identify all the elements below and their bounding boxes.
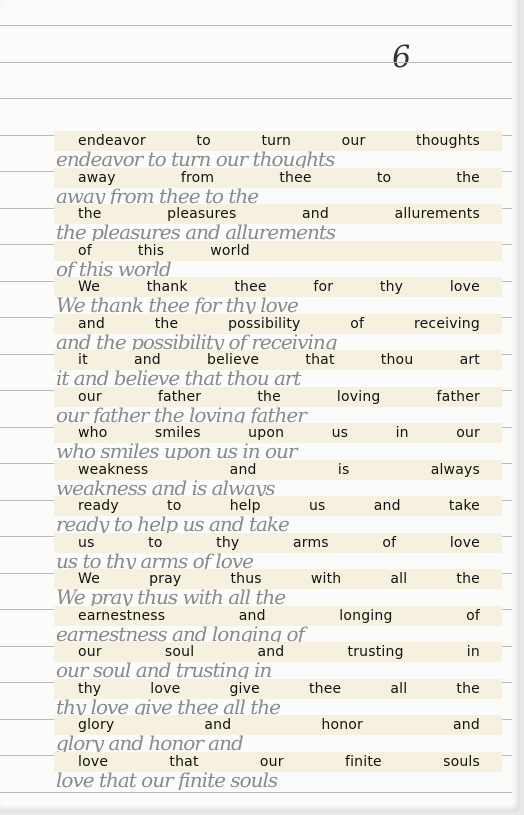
transcribed-word: the	[78, 206, 102, 222]
handwritten-line: love that our finite souls	[56, 770, 496, 790]
transcribed-word: world	[210, 243, 250, 259]
transcribed-word: soul	[165, 644, 194, 660]
transcribed-word: and	[302, 206, 329, 222]
transcribed-word: honor	[321, 717, 363, 733]
transcribed-word: away	[78, 170, 116, 186]
transcribed-word: thee	[279, 170, 311, 186]
transcription-line: itandbelievethatthouartit and believe th…	[54, 350, 502, 387]
transcribed-word: our	[78, 644, 102, 660]
transcribed-word: us	[309, 498, 326, 514]
transcription-line: WepraythuswithalltheWe pray thus with al…	[54, 569, 502, 606]
transcribed-word: and	[453, 717, 480, 733]
transcription-line: thepleasuresandallurementsthe pleasures …	[54, 204, 502, 241]
transcribed-word: all	[390, 681, 407, 697]
transcribed-word: thee	[309, 681, 341, 697]
typed-transcription-band: gloryandhonorand	[54, 715, 502, 735]
typed-transcription-band: weaknessandisalways	[54, 460, 502, 480]
transcribed-word: turn	[261, 133, 291, 149]
transcribed-word: us	[78, 535, 95, 551]
transcribed-word: thy	[216, 535, 239, 551]
transcribed-word: weakness	[78, 462, 148, 478]
transcribed-word: of	[466, 608, 480, 624]
transcribed-word: receiving	[414, 316, 480, 332]
transcribed-word: love	[450, 279, 480, 295]
transcribed-word: help	[230, 498, 261, 514]
transcribed-word: the	[155, 316, 179, 332]
transcription-line: oursoulandtrustinginour soul and trustin…	[54, 642, 502, 679]
transcribed-word: allurements	[395, 206, 480, 222]
manuscript-page: 6 endeavortoturnourthoughtsendeavor to t…	[0, 0, 520, 812]
transcribed-word: our	[78, 389, 102, 405]
typed-transcription-band: ustothyarmsoflove	[54, 533, 502, 553]
transcribed-word: who	[78, 425, 108, 441]
transcription-line: WethanktheeforthyloveWe thank thee for t…	[54, 277, 502, 314]
transcribed-word: give	[229, 681, 259, 697]
transcribed-word: always	[431, 462, 480, 478]
transcribed-word: the	[456, 681, 480, 697]
typed-transcription-band: readytohelpusandtake	[54, 496, 502, 516]
ruled-line	[0, 792, 512, 793]
handwritten-line: away from thee to the	[56, 186, 496, 206]
transcribed-word: the	[456, 571, 480, 587]
handwritten-line: our father the loving father	[56, 405, 496, 425]
typed-transcription-band: itandbelievethatthouart	[54, 350, 502, 370]
transcribed-word: possibility	[228, 316, 300, 332]
transcribed-word: souls	[443, 754, 480, 770]
transcribed-word: love	[450, 535, 480, 551]
transcription-line: ourfatherthelovingfatherour father the l…	[54, 387, 502, 424]
transcribed-word: to	[148, 535, 162, 551]
transcribed-word: to	[196, 133, 210, 149]
transcribed-word: our	[260, 754, 284, 770]
transcribed-word: We	[78, 279, 100, 295]
transcription-line: endeavortoturnourthoughtsendeavor to tur…	[54, 131, 502, 168]
handwritten-line: We pray thus with all the	[56, 587, 496, 607]
transcribed-word: in	[467, 644, 480, 660]
transcribed-word: and	[257, 644, 284, 660]
handwritten-line: our soul and trusting in	[56, 660, 496, 680]
transcribed-word: pray	[149, 571, 181, 587]
transcribed-word: in	[396, 425, 409, 441]
ruled-line	[0, 62, 512, 63]
transcribed-word: We	[78, 571, 100, 587]
transcribed-word: thou	[381, 352, 414, 368]
typed-transcription-band: thepleasuresandallurements	[54, 204, 502, 224]
transcribed-word: and	[134, 352, 161, 368]
typed-transcription-band: lovethatourfinitesouls	[54, 752, 502, 772]
transcribed-word: the	[456, 170, 480, 186]
typed-transcription-band: Wepraythuswithallthe	[54, 569, 502, 589]
transcription-line: gloryandhonorandglory and honor and	[54, 715, 502, 752]
transcribed-word: our	[456, 425, 480, 441]
transcription-line: whosmilesuponusinourwho smiles upon us i…	[54, 423, 502, 460]
handwritten-line: We thank thee for thy love	[56, 295, 496, 315]
transcription-line: ustothyarmsofloveus to thy arms of love	[54, 533, 502, 570]
transcribed-word: finite	[345, 754, 382, 770]
typed-transcription-band: Wethanktheeforthylove	[54, 277, 502, 297]
transcribed-word: and	[78, 316, 105, 332]
transcribed-word: father	[158, 389, 201, 405]
typed-transcription-band: earnestnessandlongingof	[54, 606, 502, 626]
handwritten-line: earnestness and longing of	[56, 624, 496, 644]
handwritten-line: thy love give thee all the	[56, 697, 496, 717]
handwritten-line: ready to help us and take	[56, 514, 496, 534]
handwritten-line: the pleasures and allurements	[56, 222, 496, 242]
transcribed-word: trusting	[348, 644, 404, 660]
transcription-line: thylovegivetheeallthethy love give thee …	[54, 679, 502, 716]
transcribed-word: with	[311, 571, 342, 587]
transcribed-word: arms	[293, 535, 329, 551]
handwritten-line: glory and honor and	[56, 733, 496, 753]
transcribed-word: take	[449, 498, 480, 514]
transcribed-word: from	[181, 170, 214, 186]
transcription-line: ofthisworldof this world	[54, 241, 502, 278]
transcribed-word: that	[169, 754, 198, 770]
typed-transcription-band: ofthisworld	[54, 241, 502, 261]
transcribed-word: for	[313, 279, 333, 295]
transcribed-word: glory	[78, 717, 114, 733]
transcribed-word: is	[338, 462, 350, 478]
transcribed-word: believe	[207, 352, 259, 368]
transcribed-word: us	[332, 425, 349, 441]
transcribed-word: the	[257, 389, 281, 405]
transcribed-word: longing	[339, 608, 392, 624]
transcribed-word: endeavor	[78, 133, 146, 149]
transcribed-word: earnestness	[78, 608, 165, 624]
transcribed-word: of	[382, 535, 396, 551]
transcribed-word: to	[377, 170, 391, 186]
transcribed-word: and	[239, 608, 266, 624]
transcription-line: awayfromtheetotheaway from thee to the	[54, 168, 502, 205]
transcribed-word: thee	[234, 279, 266, 295]
ruled-line	[0, 25, 512, 26]
typed-transcription-band: awayfromtheetothe	[54, 168, 502, 188]
transcribed-word: thy	[78, 681, 101, 697]
handwritten-line: us to thy arms of love	[56, 551, 496, 571]
ruled-line	[0, 98, 512, 99]
transcribed-word: thoughts	[416, 133, 480, 149]
transcribed-word: thank	[147, 279, 188, 295]
typed-transcription-band: endeavortoturnourthoughts	[54, 131, 502, 151]
transcribed-word: father	[437, 389, 480, 405]
transcribed-word: and	[374, 498, 401, 514]
transcription-line: weaknessandisalwaysweakness and is alway…	[54, 460, 502, 497]
handwritten-line: weakness and is always	[56, 478, 496, 498]
typed-transcription-band: andthepossibilityofreceiving	[54, 314, 502, 334]
handwritten-line: endeavor to turn our thoughts	[56, 149, 496, 169]
typed-transcription-band: oursoulandtrustingin	[54, 642, 502, 662]
typed-transcription-band: thylovegivetheeallthe	[54, 679, 502, 699]
transcribed-word: to	[167, 498, 181, 514]
transcribed-word: art	[460, 352, 480, 368]
transcribed-word: thy	[380, 279, 403, 295]
transcribed-word: thus	[230, 571, 261, 587]
transcribed-word: our	[342, 133, 366, 149]
handwritten-line: who smiles upon us in our	[56, 441, 496, 461]
transcription-lines: endeavortoturnourthoughtsendeavor to tur…	[54, 131, 502, 788]
transcribed-word: love	[150, 681, 180, 697]
transcribed-word: and	[204, 717, 231, 733]
transcribed-word: love	[78, 754, 108, 770]
transcribed-word: of	[350, 316, 364, 332]
transcribed-word: upon	[248, 425, 284, 441]
transcribed-word: this	[138, 243, 164, 259]
handwritten-line: and the possibility of receiving	[56, 332, 496, 352]
typed-transcription-band: whosmilesuponusinour	[54, 423, 502, 443]
handwritten-line: it and believe that thou art	[56, 368, 496, 388]
handwritten-line: of this world	[56, 259, 496, 279]
transcription-line: earnestnessandlongingofearnestness and l…	[54, 606, 502, 643]
transcribed-word: of	[78, 243, 92, 259]
transcribed-word: it	[78, 352, 88, 368]
transcribed-word: loving	[337, 389, 381, 405]
transcribed-word: smiles	[155, 425, 201, 441]
transcribed-word: and	[230, 462, 257, 478]
transcription-line: andthepossibilityofreceivingand the poss…	[54, 314, 502, 351]
transcription-line: readytohelpusandtakeready to help us and…	[54, 496, 502, 533]
transcription-line: lovethatourfinitesoulslove that our fini…	[54, 752, 502, 789]
transcribed-word: all	[390, 571, 407, 587]
transcribed-word: pleasures	[167, 206, 236, 222]
transcribed-word: ready	[78, 498, 119, 514]
typed-transcription-band: ourfatherthelovingfather	[54, 387, 502, 407]
transcribed-word: that	[305, 352, 334, 368]
